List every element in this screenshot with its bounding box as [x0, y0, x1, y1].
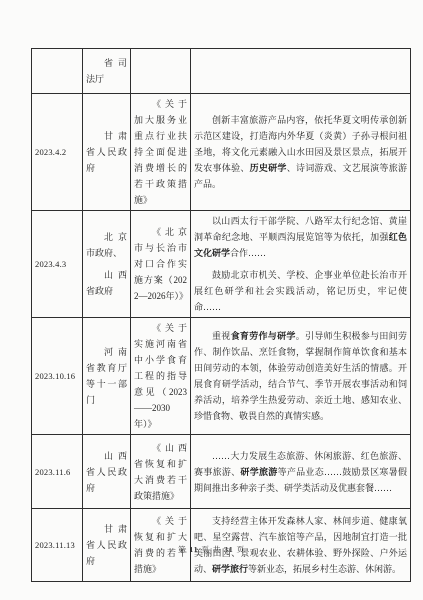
- text-run: 重视: [212, 331, 231, 341]
- doc-title-text: 《山西省恢复和扩大消费若干政策措施》: [134, 440, 187, 504]
- issuer-text: 山西省人民政府: [86, 448, 127, 496]
- date-cell: 2023.11.6: [32, 435, 83, 509]
- date-text: 2023.10.16: [35, 368, 79, 384]
- text-run: 合作……: [230, 248, 266, 258]
- issuer-cell: 山西省人民政府: [83, 435, 131, 509]
- text-run: 页: [234, 545, 245, 554]
- issuer-text: 北京市政府、: [86, 229, 127, 261]
- content-paragraph: 鼓励北京市机关、学校、企事业单位赴长治市开展红色研学和社会实践活动，铭记历史，牢…: [194, 267, 407, 315]
- issuer-cell: 北京市政府、山西省政府: [83, 211, 131, 318]
- policy-table-body: 省司法厅2023.4.2甘肃省人民政府《关于加大服务业重点行业扶持全面促进消费增…: [32, 49, 411, 582]
- doc-title-text: 《关于加大服务业重点行业扶持全面促进消费增长的若干政策措施》: [134, 96, 187, 208]
- table-row: 2023.10.16河南省教育厅等十一部门《关于实施河南省中小学食育工程的指导意…: [32, 318, 411, 435]
- date-cell: 2023.4.2: [32, 94, 83, 211]
- date-text: 2023.4.3: [35, 256, 79, 272]
- content-paragraph: 创新丰富旅游产品内容，依托华夏文明传承创新示范区建设，打造海内外华夏（炎黄）子孙…: [194, 112, 407, 192]
- issuer-text: 山西省政府: [86, 267, 127, 299]
- highlighted-term: 食育劳作与研学: [231, 331, 296, 341]
- table-row: 省司法厅: [32, 49, 411, 94]
- content-cell: 重视食育劳作与研学。引导师生积极参与田间劳作、制作饮品、烹饪食物，掌握制作简单饮…: [191, 318, 411, 435]
- issuer-cell: 省司法厅: [83, 49, 131, 94]
- doc-title-text: 《北京市与长治市对口合作实施方案（2022—2026年）》: [134, 224, 187, 304]
- date-cell: 2023.10.16: [32, 318, 83, 435]
- date-text: 2023.4.2: [35, 144, 79, 160]
- document-page: 省司法厅2023.4.2甘肃省人民政府《关于加大服务业重点行业扶持全面促进消费增…: [0, 0, 423, 600]
- doc-title-text: 《关于实施河南省中小学食育工程的指导意见（2023——2030年）》: [134, 320, 187, 432]
- table-row: 2023.11.6山西省人民政府《山西省恢复和扩大消费若干政策措施》……大力发展…: [32, 435, 411, 509]
- content-paragraph: ……大力发展生态旅游、休闲旅游、红色旅游、赛事旅游、研学旅游等产品业态……鼓励景…: [194, 448, 407, 496]
- issuer-text: 甘肃省人民政府: [86, 128, 127, 176]
- date-cell: 2023.4.3: [32, 211, 83, 318]
- doc-title-cell: 《北京市与长治市对口合作实施方案（2022—2026年）》: [131, 211, 191, 318]
- text-run: 第: [178, 545, 189, 554]
- text-run: 。引导师生积极参与田间劳作、制作饮品、烹饪食物，掌握制作简单饮食和基本田间劳动的…: [194, 331, 407, 421]
- text-run: 等新业态，拓展乡村生态游、休闲游。: [248, 564, 401, 574]
- date-cell: [32, 49, 83, 94]
- policy-table: 省司法厅2023.4.2甘肃省人民政府《关于加大服务业重点行业扶持全面促进消费增…: [31, 48, 411, 582]
- highlighted-term: 研学旅游: [240, 467, 277, 477]
- text-run: 以山西太行干部学院、八路军太行纪念馆、黄崖洞革命纪念地、平顺西沟展览馆等为依托，…: [194, 216, 407, 242]
- content-paragraph: 以山西太行干部学院、八路军太行纪念馆、黄崖洞革命纪念地、平顺西沟展览馆等为依托，…: [194, 213, 407, 261]
- content-cell: 创新丰富旅游产品内容，依托华夏文明传承创新示范区建设，打造海内外华夏（炎黄）子孙…: [191, 94, 411, 211]
- page-footer: 第 11 页 共 31 页: [0, 545, 423, 555]
- highlighted-term: 历史研学: [250, 163, 287, 173]
- text-run: 页 共: [198, 545, 224, 554]
- highlighted-term: 研学旅行: [212, 564, 248, 574]
- table-row: 2023.4.3北京市政府、山西省政府《北京市与长治市对口合作实施方案（2022…: [32, 211, 411, 318]
- highlighted-term: 31: [224, 545, 234, 554]
- doc-title-cell: [131, 49, 191, 94]
- issuer-cell: 甘肃省人民政府: [83, 94, 131, 211]
- content-cell: [191, 49, 411, 94]
- issuer-text: 省司法厅: [86, 55, 127, 87]
- doc-title-cell: 《山西省恢复和扩大消费若干政策措施》: [131, 435, 191, 509]
- content-cell: ……大力发展生态旅游、休闲旅游、红色旅游、赛事旅游、研学旅游等产品业态……鼓励景…: [191, 435, 411, 509]
- issuer-cell: 河南省教育厅等十一部门: [83, 318, 131, 435]
- content-cell: 以山西太行干部学院、八路军太行纪念馆、黄崖洞革命纪念地、平顺西沟展览馆等为依托，…: [191, 211, 411, 318]
- issuer-text: 河南省教育厅等十一部门: [86, 344, 127, 408]
- table-row: 2023.4.2甘肃省人民政府《关于加大服务业重点行业扶持全面促进消费增长的若干…: [32, 94, 411, 211]
- doc-title-cell: 《关于实施河南省中小学食育工程的指导意见（2023——2030年）》: [131, 318, 191, 435]
- doc-title-cell: 《关于加大服务业重点行业扶持全面促进消费增长的若干政策措施》: [131, 94, 191, 211]
- date-text: 2023.11.6: [35, 464, 79, 480]
- content-paragraph: 重视食育劳作与研学。引导师生积极参与田间劳作、制作饮品、烹饪食物，掌握制作简单饮…: [194, 328, 407, 424]
- text-run: 鼓励北京市机关、学校、企事业单位赴长治市开展红色研学和社会实践活动，铭记历史，牢…: [194, 270, 407, 312]
